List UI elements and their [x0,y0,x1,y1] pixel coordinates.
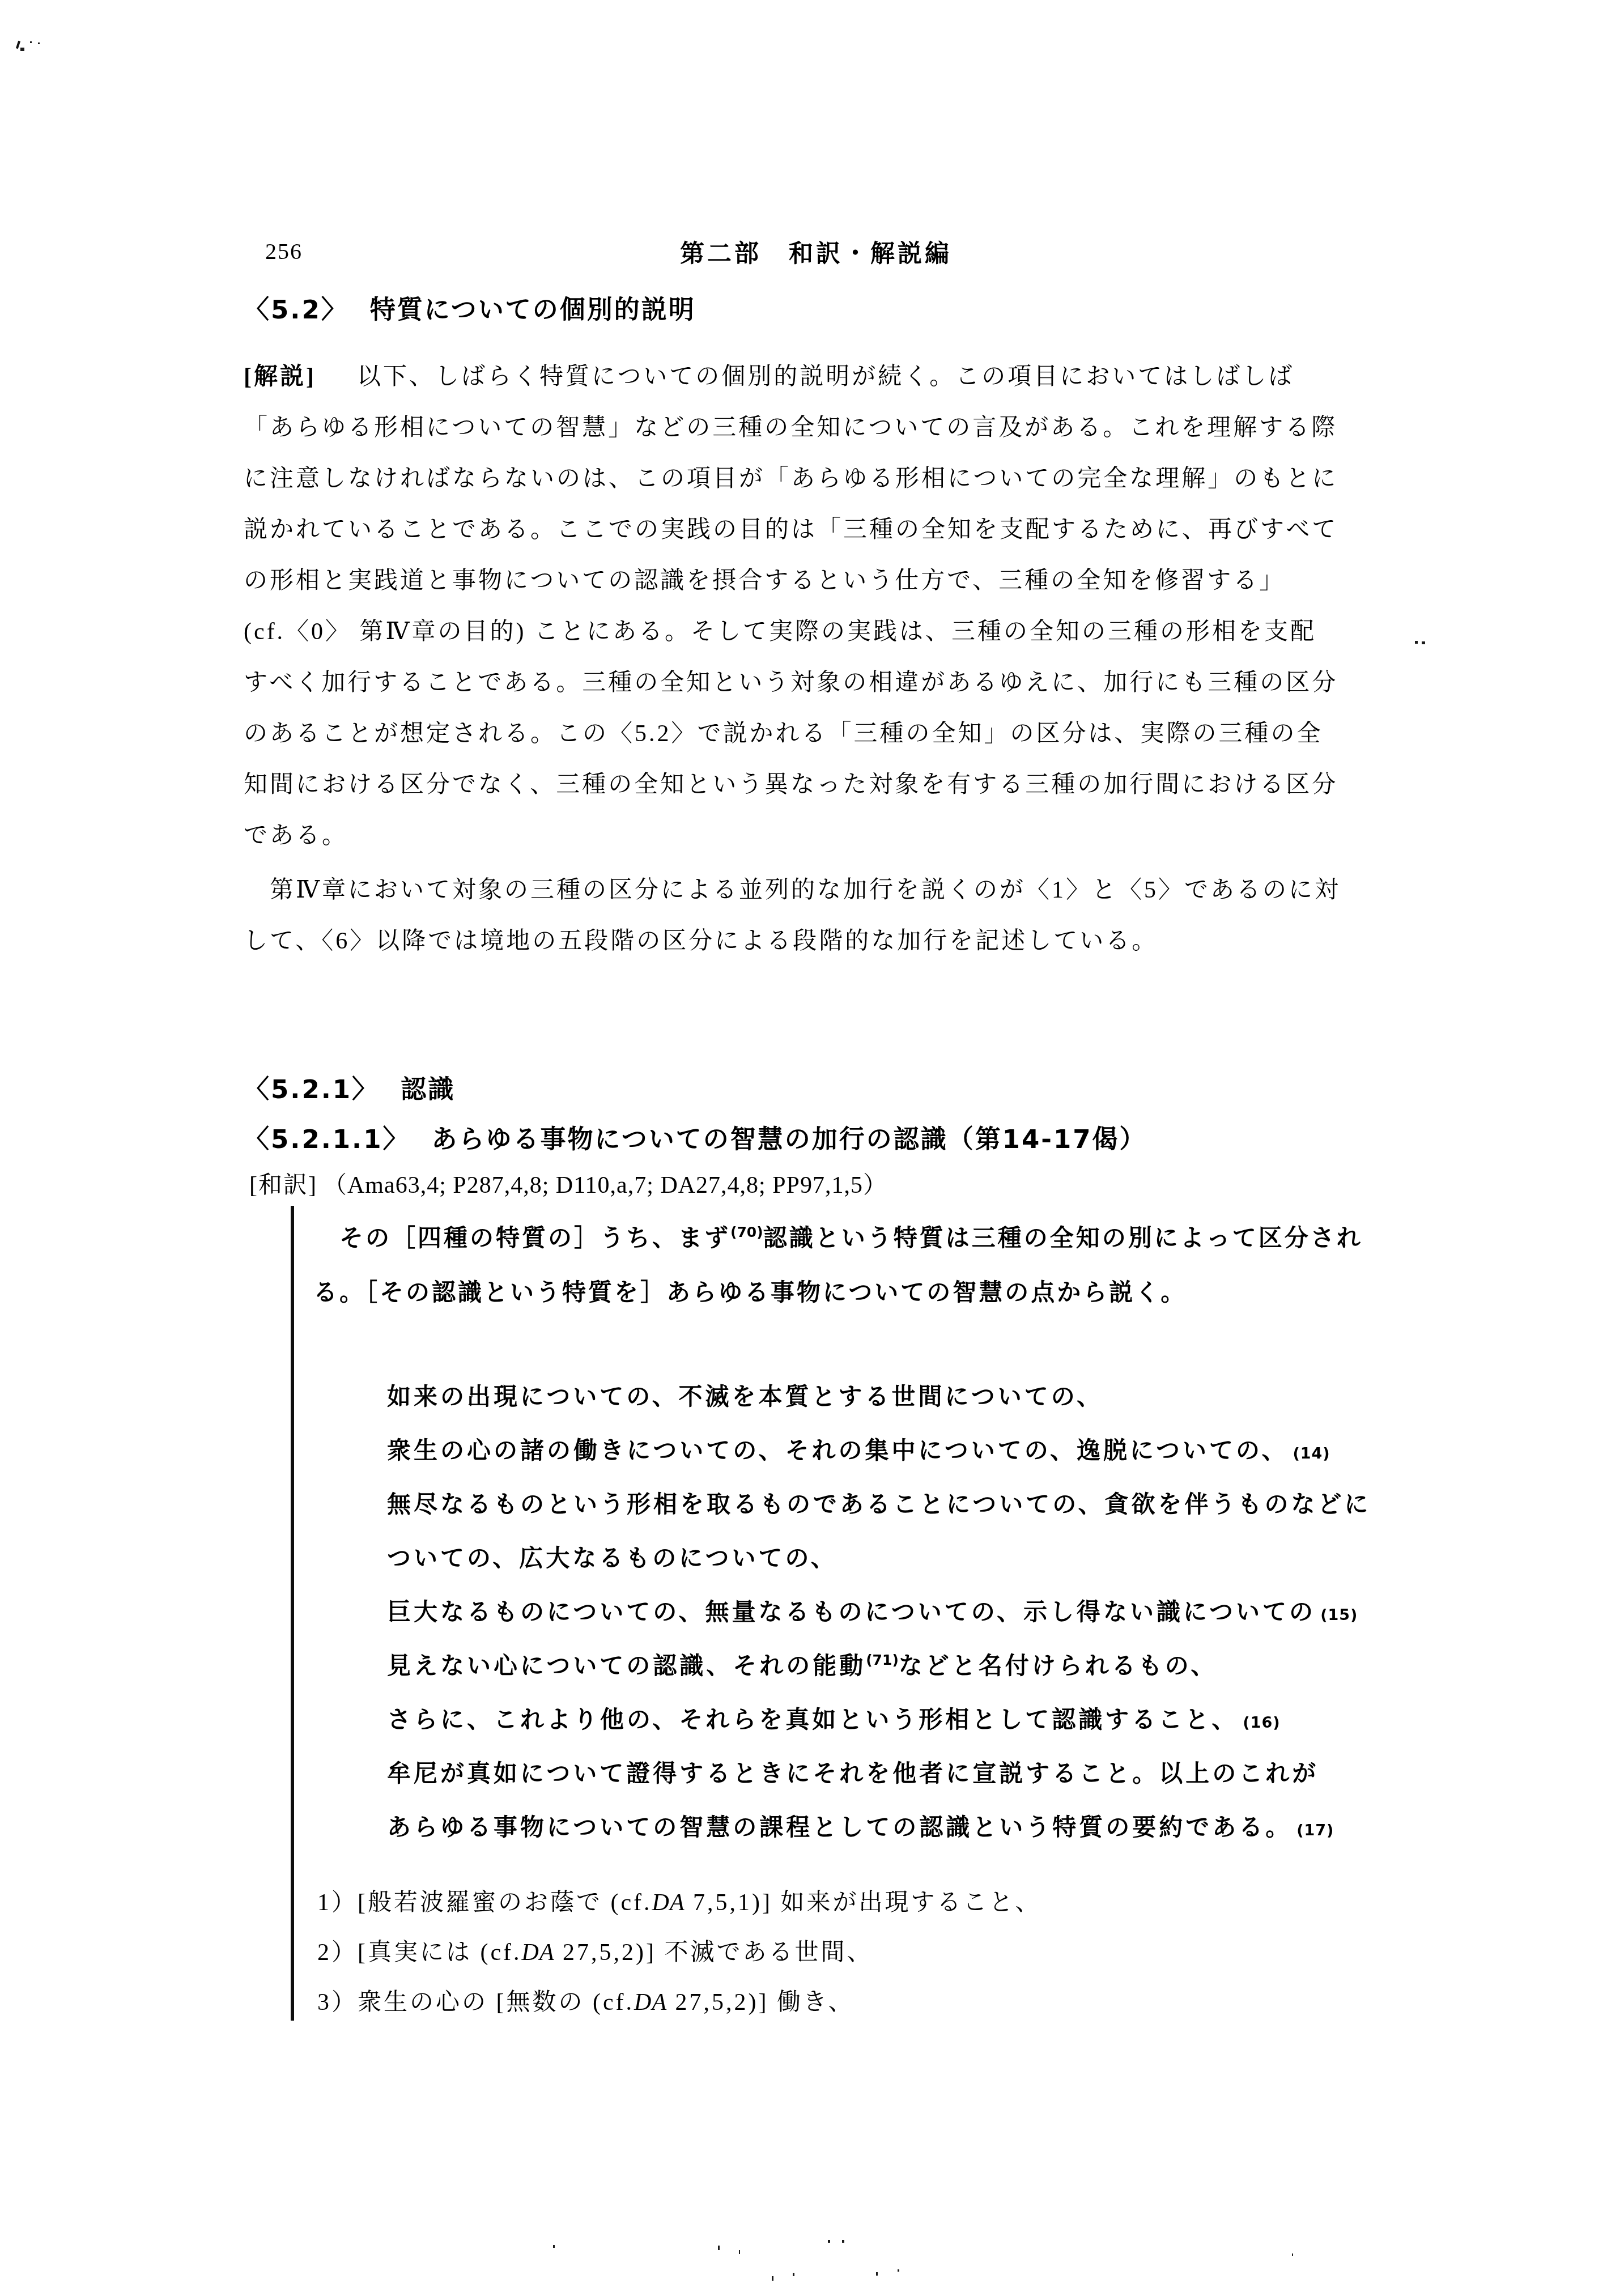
kaisetsu-line: 知間における区分でなく、三種の全知という異なった対象を有する三種の加行間における… [244,759,1417,810]
footnote-marker: (70) [730,1224,763,1240]
verse-line: あらゆる事物についての智慧の課程としての認識という特質の要約である。(17) [387,1802,1418,1856]
kaisetsu-line: である。 [244,810,1417,861]
verse-line: さらに、これより他の、それらを真如という形相として認識すること、(16) [387,1694,1418,1748]
scan-speck [38,42,40,44]
kaisetsu-line: 説かれていることである。ここでの実践の目的は「三種の全知を支配するために、再びす… [244,504,1417,555]
verse-text: などと名付けられるもの、 [899,1652,1217,1680]
kaisetsu-line: に注意しなければならないのは、この項目が「あらゆる形相についての完全な理解」のも… [244,453,1417,504]
note-item: 1）[般若波羅蜜のお蔭で (cf.DA 7,5,1)] 如来が出現すること、 [317,1878,1439,1928]
scan-speck [1415,641,1418,644]
pen-mark [16,41,20,49]
section-number: 〈5.2.1.1〉 [244,1124,410,1154]
kaisetsu-line: 「あらゆる形相についての智慧」などの三種の全知についての言及がある。これを理解す… [244,402,1417,453]
section-5-2-heading: 〈5.2〉特質についての個別的説明 [244,289,696,326]
verse-line: 巨大なるものについての、無量なるものについての、示し得ない識についての(15) [387,1587,1418,1640]
quote-intro-text: その［四種の特質の］うち、まず [313,1224,730,1252]
quote-intro-line: る。［その認識という特質を］あらゆる事物についての智慧の点から説く。 [313,1267,1413,1318]
wayaku-references: （Ama63,4; P287,4,8; D110,a,7; DA27,4,8; … [323,1172,887,1198]
note-source-abbrev: DA [634,1989,667,2016]
scan-speck [828,2240,830,2243]
verse-number: (15) [1320,1606,1358,1624]
verse-text: 衆生の心の諸の働きについての、それの集中についての、逸脱についての、 [387,1436,1288,1464]
kaisetsu-paragraph-2: 第Ⅳ章において対象の三種の区分による並列的な加行を説くのが〈1〉と〈5〉であるの… [244,865,1417,967]
kaisetsu-line: [解説]以下、しばらく特質についての個別的説明が続く。この項目においてはしばしば [244,351,1417,402]
kaisetsu-line: して、〈6〉以降では境地の五段階の区分による段階的な加行を記述している。 [244,916,1417,967]
verse-text: 如来の出現についての、不滅を本質とする世間についての、 [387,1383,1103,1410]
kaisetsu-line: の形相と実践道と事物についての認識を摂合するという仕方で、三種の全知を修習する」 [244,555,1417,606]
note-text: 2）[真実には (cf. [317,1940,522,1966]
quote-intro-paragraph: その［四種の特質の］うち、まず(70)認識という特質は三種の全知の別によって区分… [313,1213,1413,1318]
section-title: 特質についての個別的説明 [370,295,696,325]
kaisetsu-line-text: 以下、しばらく特質についての個別的説明が続く。この項目においてはしばしば [357,364,1294,390]
section-title: 認識 [401,1074,455,1104]
verse-line: 見えない心についての認識、それの能動(71)などと名付けられるもの、 [387,1640,1418,1694]
kaisetsu-line: のあることが想定される。この〈5.2〉で説かれる「三種の全知」の区分は、実際の三… [244,708,1417,759]
kaisetsu-line: (cf.〈0〉 第Ⅳ章の目的) ことにある。そして実際の実践は、三種の全知の三種… [244,606,1417,657]
scan-speck [772,2276,773,2281]
section-title: あらゆる事物についての智慧の加行の認識（第14-17偈） [432,1124,1147,1154]
section-5-2-1-1-heading: 〈5.2.1.1〉あらゆる事物についての智慧の加行の認識（第14-17偈） [244,1119,1147,1155]
verse-line: 牟尼が真如について證得するときにそれを他者に宣説すること。以上のこれが [387,1748,1418,1802]
scan-speck [739,2250,740,2254]
scan-speck [876,2272,878,2276]
verse-line: 如来の出現についての、不滅を本質とする世間についての、 [387,1371,1418,1425]
verse-text: あらゆる事物についての智慧の課程としての認識という特質の要約である。 [387,1813,1292,1841]
running-header: 第二部 和訳・解説編 [244,235,1388,269]
section-number: 〈5.2.1〉 [244,1074,379,1104]
verse-number: (14) [1293,1445,1330,1462]
scan-speck [20,48,24,51]
note-item: 2）[真実には (cf.DA 27,5,2)] 不滅である世間、 [317,1928,1439,1978]
quote-vertical-rule [291,1206,294,2021]
scan-speck [553,2245,555,2248]
scan-speck [1292,2254,1293,2256]
notes-list: 1）[般若波羅蜜のお蔭で (cf.DA 7,5,1)] 如来が出現すること、 2… [317,1878,1439,2027]
verse-text: 牟尼が真如について證得するときにそれを他者に宣説すること。以上のこれが [387,1759,1319,1787]
note-text: 1）[般若波羅蜜のお蔭で (cf. [317,1890,652,1916]
note-source-abbrev: DA [522,1940,555,1966]
verse-text: 無尽なるものという形相を取るものであることについての、貪欲を伴うものなどに [387,1490,1371,1518]
note-source-abbrev: DA [652,1890,685,1916]
verse-text: ついての、広大なるものについての、 [387,1544,837,1572]
document-page: 256 第二部 和訳・解説編 〈5.2〉特質についての個別的説明 [解説]以下、… [0,0,1624,2296]
note-item: 3）衆生の心の [無数の (cf.DA 27,5,2)] 働き、 [317,1978,1439,2027]
kaisetsu-line: すべく加行することである。三種の全知という対象の相違があるゆえに、加行にも三種の… [244,657,1417,708]
wayaku-label: [和訳] [249,1172,317,1198]
scan-speck [793,2273,794,2276]
quote-intro-line: その［四種の特質の］うち、まず(70)認識という特質は三種の全知の別によって区分… [313,1213,1413,1267]
note-text: 7,5,1)] 如来が出現すること、 [685,1890,1041,1916]
quote-intro-text: 認識という特質は三種の全知の別によって区分され [763,1224,1363,1252]
scan-speck [30,41,32,43]
note-text: 27,5,2)] 不滅である世間、 [555,1940,873,1966]
section-5-2-1-heading: 〈5.2.1〉認識 [244,1069,455,1106]
verse-line: 衆生の心の諸の働きについての、それの集中についての、逸脱についての、(14) [387,1425,1418,1479]
scan-speck [898,2269,899,2272]
verse-line: ついての、広大なるものについての、 [387,1533,1418,1587]
verse-block: 如来の出現についての、不滅を本質とする世間についての、 衆生の心の諸の働きについ… [387,1371,1418,1856]
verse-text: さらに、これより他の、それらを真如という形相として認識すること、 [387,1706,1238,1733]
section-number: 〈5.2〉 [244,295,348,325]
footnote-marker: (71) [866,1652,899,1668]
note-text: 3）衆生の心の [無数の (cf. [317,1989,634,2016]
kaisetsu-label: [解説] [244,364,316,390]
scan-speck [1422,641,1425,644]
note-text: 27,5,2)] 働き、 [667,1989,854,2016]
kaisetsu-line: 第Ⅳ章において対象の三種の区分による並列的な加行を説くのが〈1〉と〈5〉であるの… [244,865,1417,916]
kaisetsu-paragraph: [解説]以下、しばらく特質についての個別的説明が続く。この項目においてはしばしば… [244,351,1417,861]
verse-text: 見えない心についての認識、それの能動 [387,1652,866,1680]
wayaku-line: [和訳]（Ama63,4; P287,4,8; D110,a,7; DA27,4… [249,1166,887,1200]
verse-text: 巨大なるものについての、無量なるものについての、示し得ない識についての [387,1598,1316,1626]
scan-speck [842,2240,844,2243]
scan-speck [718,2246,720,2250]
verse-line: 無尽なるものという形相を取るものであることについての、貪欲を伴うものなどに [387,1479,1418,1533]
verse-number: (16) [1243,1714,1280,1732]
verse-number: (17) [1296,1822,1334,1839]
